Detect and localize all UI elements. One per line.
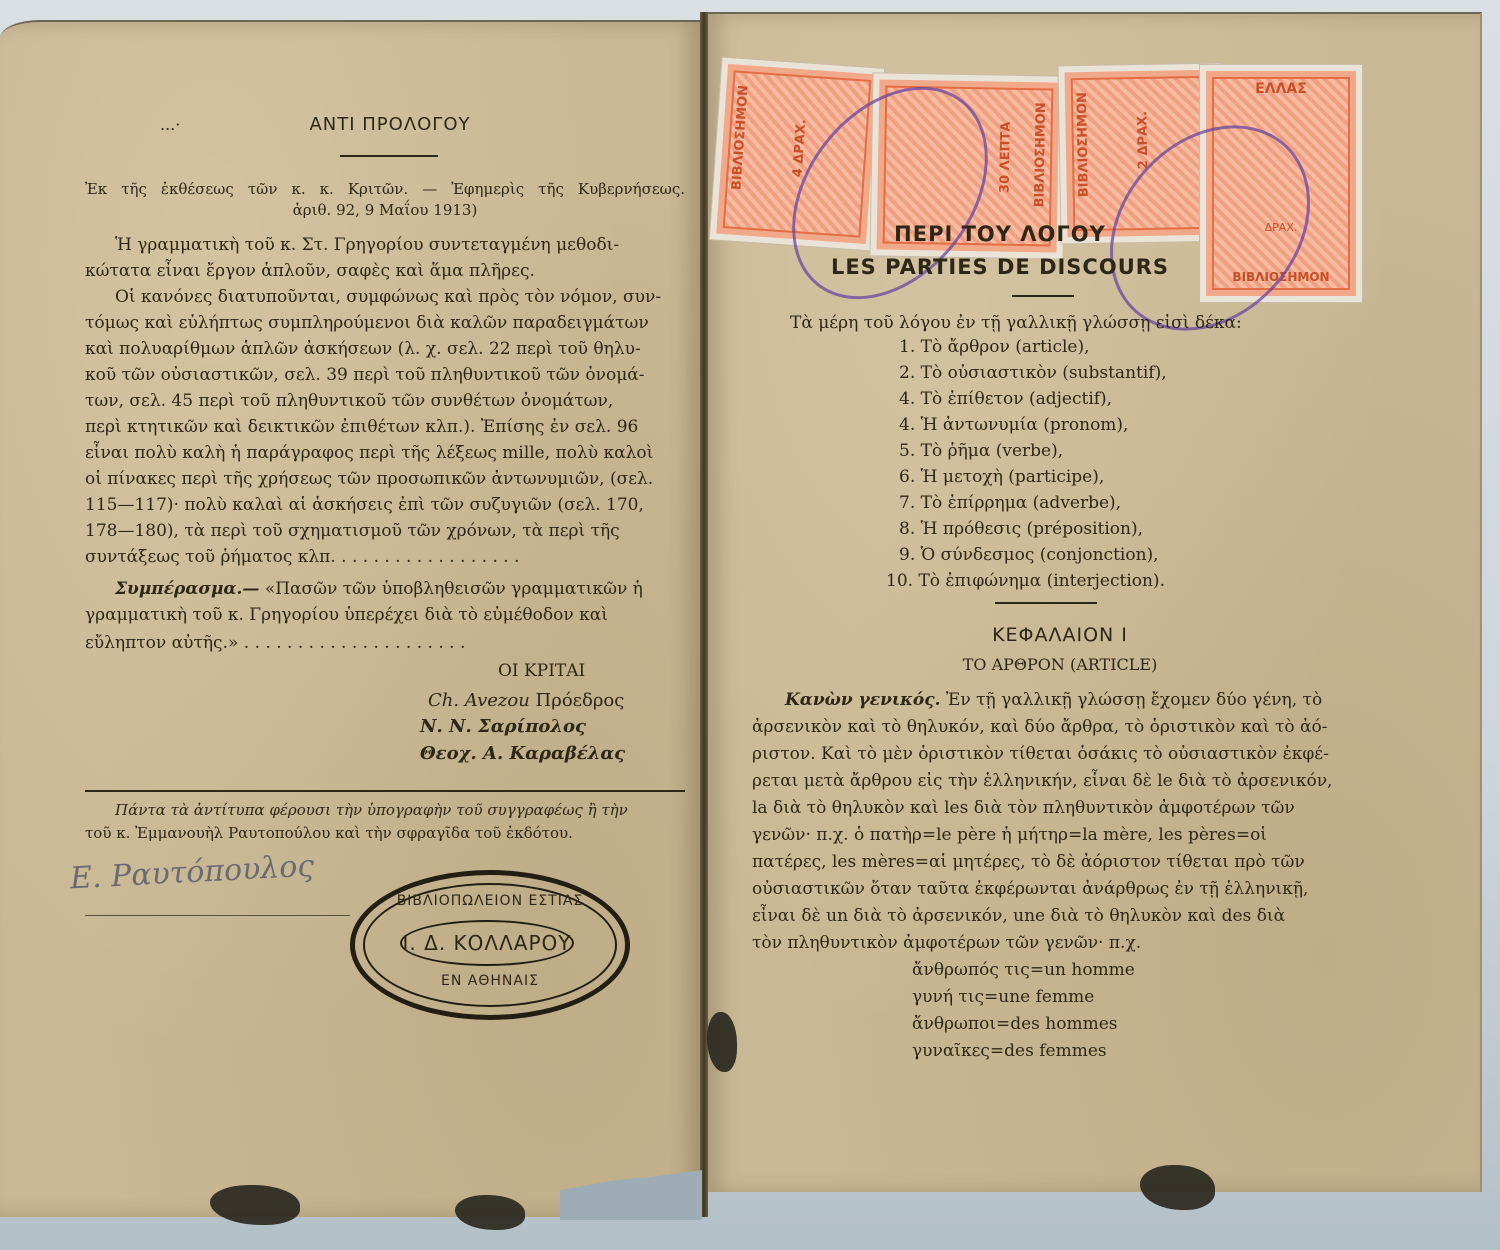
list-item: 1. Τὸ ἄρθρον (article), [899,334,1090,360]
rule-line: πατέρες, les mères=αἱ μητέρες, τὸ δὲ ἀόρ… [752,849,1305,875]
section-divider [85,790,685,792]
heading-divider [1012,295,1074,297]
list-item: 4. Ἡ ἀντωνυμία (pronom), [899,412,1128,438]
ornament: ...· [160,115,180,134]
stamp-label: ΒΙΒΛΙΟΣΗΜΟΝ [1075,92,1092,197]
source-citation-line-2: ἀριθ. 92, 9 Μαΐου 1913) [85,197,685,223]
title-divider [340,155,438,157]
list-divider [995,602,1097,604]
list-item: 7. Τὸ ἐπίρρημα (adverbe), [899,490,1121,516]
parts-intro: Τὰ μέρη τοῦ λόγου ἐν τῇ γαλλικῇ γλώσσῃ ε… [790,310,1242,336]
ink-stain [455,1195,525,1230]
rule-first-line: Κανὼν γενικός. Ἐν τῇ γαλλικῇ γλώσσῃ ἔχομ… [785,687,1322,713]
judge-2: Ν. Ν. Σαρίπολος [420,714,586,740]
rule-text: Ἐν τῇ γαλλικῇ γλώσσῃ ἔχομεν δύο γένη, τὸ [946,690,1322,710]
conclusion-line: εὔληπτον αὐτῆς.» . . . . . . . . . . . .… [85,630,465,656]
rule-line: γενῶν· π.χ. ὁ πατὴρ=le père ἡ μήτηρ=la m… [752,822,1267,848]
body-line: καὶ πολυαρίθμων ἁπλῶν ἀσκήσεων (λ. χ. σε… [85,336,641,362]
body-line: εἶναι πολὺ καλὴ ἡ παράγραφος περὶ τῆς λέ… [85,440,653,466]
seal-top-text: ΒΙΒΛΙΟΠΩΛΕΙΟΝ ΕΣΤΙΑΣ [355,893,625,909]
example-item: ἄνθρωποι=des hommes [912,1011,1118,1037]
judge-name: Ch. Avezou [428,690,530,711]
rule-line: τὸν πληθυντικὸν ἀμφοτέρων τῶν γενῶν· π.χ… [752,930,1141,956]
seal-bottom-text: ΕΝ ΑΘΗΝΑΙΣ [355,973,625,989]
chapter-subtitle: ΤΟ ΑΡΘΡΟΝ (ARTICLE) [760,655,1360,674]
list-item: 10. Τὸ ἐπιφώνημα (interjection). [886,568,1165,594]
example-item: γυνή τις=une femme [912,984,1094,1010]
publisher-seal: ΒΙΒΛΙΟΠΩΛΕΙΟΝ ΕΣΤΙΑΣ Ι. Δ. ΚΟΛΛΑΡΟΥ ΕΝ Α… [350,870,630,1020]
example-item: ἄνθρωπός τις=un homme [912,957,1135,983]
judge-1: Ch. Avezou Πρόεδρος [428,688,624,714]
signature-line [85,915,350,916]
list-item: 2. Τὸ οὐσιαστικὸν (substantif), [899,360,1167,386]
conclusion-text: «Πασῶν τῶν ὑποβληθεισῶν γραμματικῶν ἡ [265,579,643,599]
conclusion-label: Συμπέρασμα.— [115,579,259,599]
list-item: 4. Τὸ ἐπίθετον (adjectif), [899,386,1112,412]
rule-label: Κανὼν γενικός. [785,690,940,710]
rule-line: ἀρσενικὸν καὶ τὸ θηλυκόν, καὶ δύο ἄρθρα,… [752,714,1328,740]
seal-center-text: Ι. Δ. ΚΟΛΛΑΡΟΥ [400,920,574,966]
conclusion-line: γραμματικὴ τοῦ κ. Γρηγορίου ὑπερέχει διὰ… [85,602,608,628]
list-item: 9. Ὁ σύνδεσμος (conjonction), [899,542,1159,568]
list-item: 6. Ἡ μετοχὴ (participe), [899,464,1104,490]
conclusion-first-line: Συμπέρασμα.— «Πασῶν τῶν ὑποβληθεισῶν γρα… [115,576,643,602]
ink-stain [1140,1165,1215,1210]
body-line: τόμως καὶ εὐλήπτως συμπληρούμενοι διὰ κα… [85,310,649,336]
body-line: κοῦ τῶν οὐσιαστικῶν, σελ. 39 περὶ τοῦ πλ… [85,362,644,388]
body-line: 178—180), τὰ περὶ τοῦ σχηματισμοῦ τῶν χρ… [85,518,620,544]
stamp-value: 30 ΛΕΠΤΑ [998,122,1014,194]
body-line: Οἱ κανόνες διατυποῦνται, συμφώνως καὶ πρ… [115,284,661,310]
rule-line: οὐσιαστικῶν ὅταν ταῦτα ἐκφέρωνται ἀνάρθρ… [752,876,1308,902]
judges-heading: ΟΙ ΚΡΙΤΑΙ [498,658,585,684]
ink-stain [210,1185,300,1225]
section-heading: ΠΕΡΙ ΤΟΥ ΛΟΓΟΥ [760,222,1240,246]
section-heading-french: LES PARTIES DE DISCOURS [760,255,1240,279]
stamp-country: ΕΛΛΑΣ [1206,81,1356,97]
body-line: περὶ κτητικῶν καὶ δεικτικῶν ἐπιθέτων κλπ… [85,414,638,440]
page-title: ΑΝΤΙ ΠΡΟΛΟΓΟΥ [250,114,530,135]
judge-3: Θεοχ. Α. Καραβέλας [420,741,625,767]
body-line: συντάξεως τοῦ ῥήματος κλπ. . . . . . . .… [85,544,519,570]
body-line: κώτατα εἶναι ἔργον ἁπλοῦν, σαφὲς καὶ ἅμα… [85,258,535,284]
body-line: Ἡ γραμματικὴ τοῦ κ. Στ. Γρηγορίου συντετ… [115,232,685,258]
rule-line: εἶναι δὲ un διὰ τὸ ἀρσενικόν, une διὰ τὸ… [752,903,1285,929]
rule-line: ρεται μετὰ ἄρθρου εἰς τὴν ἑλληνικήν, εἶν… [752,768,1332,794]
rule-line: la διὰ τὸ θηλυκὸν καὶ les διὰ τὸν πληθυν… [752,795,1295,821]
list-item: 5. Τὸ ῥῆμα (verbe), [899,438,1063,464]
body-line: οἱ πίνακες περὶ τῆς χρήσεως τῶν προσωπικ… [85,466,653,492]
chapter-title: ΚΕΦΑΛΑΙΟΝ Ι [760,624,1360,646]
notice-line-2: τοῦ κ. Ἐμμανουὴλ Ραυτοπούλου καὶ τὴν σφρ… [85,820,573,846]
rule-line: ριστον. Καὶ τὸ μὲν ὁριστικὸν τίθεται ὁσά… [752,741,1329,767]
judge-role: Πρόεδρος [536,690,625,711]
body-line: των, σελ. 45 περὶ τοῦ πληθυντικοῦ τῶν συ… [85,388,613,414]
body-line: 115—117)· πολὺ καλαὶ αἱ ἀσκήσεις ἐπὶ τῶν… [85,492,644,518]
stamp-value: 2 ΔΡΑΧ. [1135,111,1151,169]
list-item: 8. Ἡ πρόθεσις (préposition), [899,516,1143,542]
stamp-label: ΒΙΒΛΙΟΣΗΜΟΝ [1032,102,1049,207]
example-item: γυναῖκες=des femmes [912,1038,1107,1064]
